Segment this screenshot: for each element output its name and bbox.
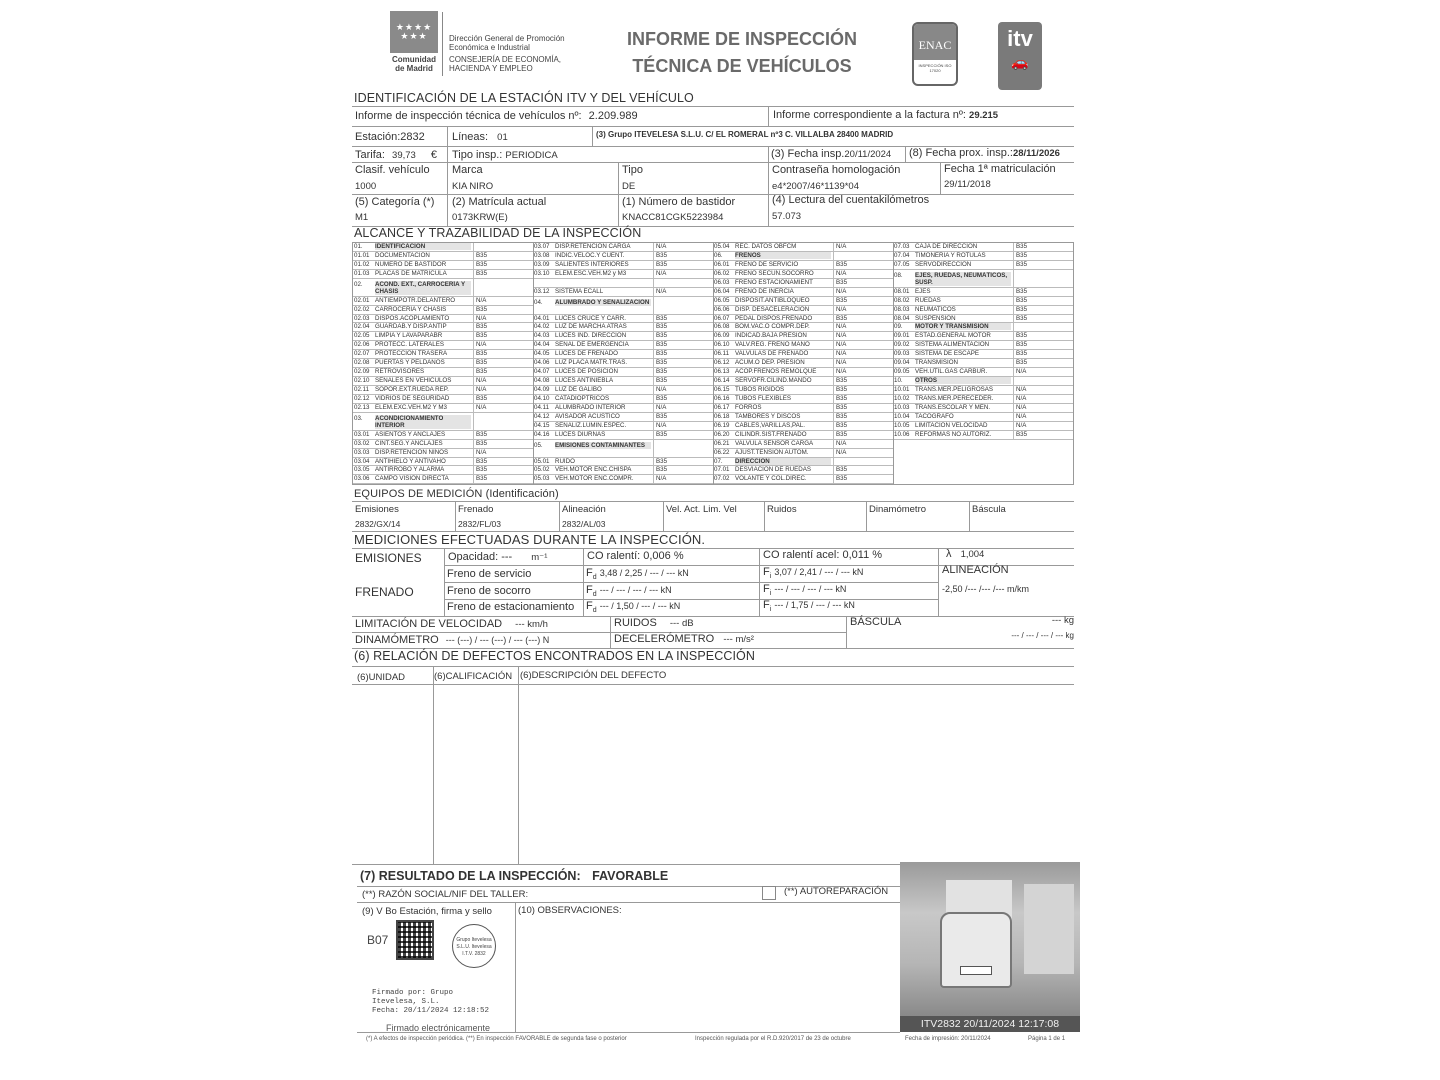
scope-item-value: N/A	[833, 350, 891, 358]
scope-item-label: SISTEMA DE ESCAPE	[915, 350, 1011, 358]
scope-item-code: 02.09	[354, 368, 374, 376]
scope-item-label: SISTEMA ALIMENTACION	[915, 341, 1011, 349]
fi-symbol: F	[763, 566, 770, 578]
scope-item-label: FORROS	[735, 404, 831, 412]
scope-item-code: 04.15	[534, 422, 554, 430]
scope-item-code: 05.03	[534, 475, 554, 483]
scope-item-value: B35	[833, 261, 891, 269]
tariff-label: Tarifa:	[355, 149, 385, 161]
scope-item-label: EMISIONES CONTAMINANTES	[555, 442, 651, 449]
car-icon: 🚗	[998, 54, 1042, 71]
scope-item-value	[1013, 323, 1071, 331]
scope-item: 08.01EJESB35	[893, 288, 1073, 297]
itv-logo: itv 🚗	[998, 22, 1042, 90]
scope-item-value	[653, 279, 711, 287]
equipment-label: Báscula	[972, 504, 1006, 515]
scope-item: 06.01FRENO DE SERVICIOB35	[713, 261, 893, 270]
scope-item-label: PROTECC. LATERALES	[375, 341, 471, 349]
scope-item-code: 07.01	[714, 466, 734, 474]
title-line1: INFORME DE INSPECCIÓN	[622, 26, 862, 53]
scope-item-code: 03.04	[354, 458, 374, 466]
logo-divider	[442, 12, 443, 76]
brake-name: Freno de socorro	[447, 585, 531, 597]
scope-item-label: SERVOFR.CILIND.MANDO	[735, 377, 831, 385]
scope-item-value: B35	[1013, 261, 1071, 269]
scope-item-code: 02.13	[354, 404, 374, 412]
equipment-value: 2832/FL/03	[458, 519, 501, 529]
brake-fi-value: --- / 1,75 / --- / --- kN	[774, 600, 855, 610]
brake-name: Freno de servicio	[447, 568, 531, 580]
scope-item-code: 01.03	[354, 270, 374, 278]
scope-item-value	[1013, 377, 1071, 385]
tariff-field: Tarifa: 39,73 €	[355, 149, 437, 161]
dyno-field: DINAMÓMETRO --- (---) / --- (---) / --- …	[355, 634, 549, 646]
scope-column: 01.IDENTIFICACIÓN01.01DOCUMENTACIÓNB3501…	[353, 243, 533, 484]
scope-item-value: B35	[653, 458, 711, 466]
scope-item-value: B35	[833, 404, 891, 412]
odometer-label: (4) Lectura del cuentakilómetros	[772, 194, 929, 206]
scope-group-header: 02.ACOND. EXT., CARROCERÍA Y CHASIS	[353, 279, 533, 297]
document-title: INFORME DE INSPECCIÓN TÉCNICA DE VEHÍCUL…	[622, 26, 862, 80]
scope-item: 06.07PEDAL DISPOS.FRENADOB35	[713, 315, 893, 324]
scope-item-value: N/A	[653, 422, 711, 430]
scope-item-code: 02.03	[354, 315, 374, 323]
dept-line1: Dirección General de Promoción	[449, 34, 565, 43]
scope-item-label: SISTEMA ECALL	[555, 288, 651, 296]
photo-timestamp: ITV2832 20/11/2024 12:17:08	[900, 1016, 1080, 1032]
scope-item-label: LIMITACION VELOCIDAD	[915, 422, 1011, 430]
scope-item-code: 04.06	[534, 359, 554, 367]
scope-item-value: N/A	[833, 332, 891, 340]
scope-item-label: LUZ DE GALIBO	[555, 386, 651, 394]
scope-item-value: B35	[1013, 332, 1071, 340]
scope-item: 02.04GUARDAB.Y DISP.ANTIPB35	[353, 323, 533, 332]
scope-item: 03.01ASIENTOS Y ANCLAJESB35	[353, 431, 533, 440]
scope-item-code: 06.	[714, 252, 734, 260]
scope-item-label: LUCES DE FRENADO	[555, 350, 651, 358]
scope-item: 03.12SISTEMA ECALLN/A	[533, 288, 713, 297]
scope-group-header: 04.ALUMBRADO Y SEÑALIZACIÓN	[533, 297, 713, 315]
scope-item-code: 04.03	[534, 332, 554, 340]
logo-name-line2: de Madrid	[390, 64, 438, 73]
scope-item-code: 03.06	[354, 475, 374, 483]
plate-label: (2) Matrícula actual	[452, 196, 546, 208]
scope-item-code: 06.06	[714, 306, 734, 314]
scope-item-value: B35	[473, 252, 531, 260]
scope-item-label: CINT.SEG.Y ANCLAJES	[375, 440, 471, 448]
scope-item-label: PROTECCION TRASERA	[375, 350, 471, 358]
scope-item-value: B35	[653, 413, 711, 421]
vin-label: (1) Número de bastidor	[622, 196, 735, 208]
scope-item-code: 06.20	[714, 431, 734, 439]
scope-item-code: 06.16	[714, 395, 734, 403]
scope-item-code: 10.03	[894, 404, 914, 412]
station-value: 2832	[400, 131, 424, 143]
brake-fd-value: --- / 1,50 / --- / --- kN	[600, 601, 681, 611]
scope-column: 07.03CAJA DE DIRECCIONB3507.04TIMONERIA …	[893, 243, 1073, 440]
scope-item-code: 06.02	[714, 270, 734, 278]
lambda-value: 1,004	[961, 549, 985, 560]
report-header: ★★★★ ★★★ Comunidad de Madrid Dirección G…	[352, 8, 1080, 90]
scope-item-code: 02.08	[354, 359, 374, 367]
scope-item-value: N/A	[833, 368, 891, 376]
scope-item-label: AVISADOR ACUSTICO	[555, 413, 651, 421]
scope-item: 04.08LUCES ANTINIEBLAB35	[533, 377, 713, 386]
brake-fi-field: Fi --- / --- / --- / --- kN	[763, 583, 846, 597]
scope-item: 03.08INDIC.VELOC.Y CUENT.B35	[533, 252, 713, 261]
scope-item-value: B35	[833, 315, 891, 323]
comunidad-madrid-logo: ★★★★ ★★★ Comunidad de Madrid	[390, 11, 438, 77]
insp-date-value: 20/11/2024	[844, 149, 891, 160]
scope-item-value: B35	[833, 279, 891, 287]
fi-symbol: F	[763, 583, 770, 595]
scope-item-value: N/A	[1013, 413, 1071, 421]
opacity-value: Opacidad: ---	[448, 551, 512, 563]
defects-col-rating: (6)CALIFICACIÓN	[434, 671, 512, 682]
scope-item-value: B35	[1013, 431, 1071, 439]
scope-item-label: REC. DATOS OBFCM	[735, 243, 831, 251]
type-label: Tipo	[622, 164, 643, 176]
scope-item-value: B35	[653, 332, 711, 340]
scope-item-value: N/A	[473, 315, 531, 323]
self-repair-checkbox[interactable]	[762, 886, 776, 900]
noise-value: --- dB	[670, 618, 694, 629]
scope-item-code: 06.15	[714, 386, 734, 394]
scope-item-value: N/A	[833, 288, 891, 296]
scope-item-code: 04.05	[534, 350, 554, 358]
scope-item: 06.15TUBOS RIGIDOSB35	[713, 386, 893, 395]
scope-item-value: B35	[473, 431, 531, 439]
lambda-field: λ 1,004	[946, 548, 984, 560]
scope-item-value: B35	[653, 431, 711, 439]
scope-item-code: 03.01	[354, 431, 374, 439]
scope-item-value: B35	[653, 252, 711, 260]
scope-item-label: SUSPENSION	[915, 315, 1011, 323]
scope-item-value: N/A	[833, 359, 891, 367]
scope-item-label: NUMERO DE BASTIDOR	[375, 261, 471, 269]
scope-item-value	[653, 297, 711, 314]
scope-table: 01.IDENTIFICACIÓN01.01DOCUMENTACIÓNB3501…	[352, 242, 1074, 485]
qr-code-icon	[396, 920, 434, 960]
scope-item: 07.01DESVIACION DE RUEDASB35	[713, 466, 893, 475]
scope-item-label: IDENTIFICACIÓN	[375, 243, 471, 250]
scope-item-label: VALV.REG. FRENO MANO	[735, 341, 831, 349]
scope-item: 04.05LUCES DE FRENADOB35	[533, 350, 713, 359]
scope-item-code: 02.04	[354, 323, 374, 331]
scope-item-label: ACOND. EXT., CARROCERÍA Y CHASIS	[375, 281, 471, 295]
scope-item-label: TRANS.MER.PERECEDER.	[915, 395, 1011, 403]
scope-item-label: INDIC.VELOC.Y CUENT.	[555, 252, 651, 260]
result-field: (7) RESULTADO DE LA INSPECCIÓN: FAVORABL…	[360, 869, 668, 883]
scope-column: 03.07DISP.RETENCION CARGAN/A03.08INDIC.V…	[533, 243, 713, 484]
equipment-label: Ruidos	[767, 504, 797, 515]
fi-subscript: i	[770, 590, 772, 597]
noise-label: RUIDOS	[614, 617, 657, 629]
scope-item-value: B35	[473, 475, 531, 483]
opacity-field: Opacidad: --- m⁻¹	[448, 551, 547, 563]
currency-symbol: €	[431, 149, 437, 161]
scope-item-code: 03.09	[534, 261, 554, 269]
brake-fi-value: 3,07 / 2,41 / --- / --- kN	[774, 567, 863, 577]
brand-label: Marca	[452, 164, 483, 176]
itv-name: itv	[998, 22, 1042, 52]
scope-item-label: ASIENTOS Y ANCLAJES	[375, 431, 471, 439]
scope-item-code: 06.22	[714, 449, 734, 457]
scope-item-value: B35	[833, 377, 891, 385]
scope-item: 01.02NUMERO DE BASTIDORB35	[353, 261, 533, 270]
scope-item-value: B35	[473, 323, 531, 331]
station-sign-label: (9) V Bo Estación, firma y sello	[362, 906, 492, 917]
footer-page-number: Página 1 de 1	[1028, 1036, 1065, 1042]
scope-item-label: PUERTAS Y PELDAÑOS	[375, 359, 471, 367]
scope-item-label: TIMONERIA Y ROTULAS	[915, 252, 1011, 260]
emissions-label: EMISIONES	[355, 551, 422, 565]
scope-item: 09.04TRANSMISIONB35	[893, 359, 1073, 368]
scope-item-code: 06.12	[714, 359, 734, 367]
lines-value: 01	[497, 132, 508, 143]
scope-item: 10.01TRANS.MER.PELIGROSASN/A	[893, 386, 1073, 395]
scope-item: 07.04TIMONERIA Y ROTULASB35	[893, 252, 1073, 261]
scope-item-code: 06.21	[714, 440, 734, 448]
scope-item-label: FRENOS	[735, 252, 831, 259]
scope-item-label: DESVIACION DE RUEDAS	[735, 466, 831, 474]
scope-item-value: B35	[473, 350, 531, 358]
scope-item-value: B35	[833, 475, 891, 483]
scope-item-label: DISP. DESACELERACION	[735, 306, 831, 314]
scope-item-value: B35	[1013, 315, 1071, 323]
scope-item-label: AJUST.TENSION AUTOM.	[735, 449, 831, 457]
scope-item-label: ACUM.O DEP. PRESION	[735, 359, 831, 367]
scope-item-code: 02.	[354, 281, 374, 289]
scope-item: 10.02TRANS.MER.PERECEDER.N/A	[893, 395, 1073, 404]
scope-item: 06.13ACOP.FRENOS REMOLQUEN/A	[713, 368, 893, 377]
scope-item: 05.02VEH.MOTOR ENC.CHISPAB35	[533, 466, 713, 475]
scope-item: 06.03FRENO ESTACIONAMIENTB35	[713, 279, 893, 288]
scope-item-code: 06.03	[714, 279, 734, 287]
scope-item: 06.21VALVULA SENSOR CARGAN/A	[713, 440, 893, 449]
scope-item-code: 04.07	[534, 368, 554, 376]
scope-item: 02.05LIMPIA Y LAVAPARABRB35	[353, 332, 533, 341]
scope-item-label: DISP.RETENCION NIÑOS	[375, 449, 471, 457]
fd-symbol: F	[586, 584, 593, 596]
scope-column: 05.04REC. DATOS OBFCMN/A06.FRENOS06.01FR…	[713, 243, 893, 484]
scope-item-code: 10.	[894, 377, 914, 385]
observations-label: (10) OBSERVACIONES:	[518, 905, 622, 916]
fd-symbol: F	[586, 567, 593, 579]
brake-fi-field: Fi --- / 1,75 / --- / --- kN	[763, 599, 855, 613]
scope-item-value: B35	[653, 323, 711, 331]
scope-item-value: B35	[473, 270, 531, 278]
scope-item-label: DISPOSIT.ANTIBLOQUEO	[735, 297, 831, 305]
scope-item: 05.04REC. DATOS OBFCMN/A	[713, 243, 893, 252]
scope-item-code: 06.01	[714, 261, 734, 269]
scope-group-header: 08.EJES, RUEDAS, NEUMÁTICOS, SUSP.	[893, 270, 1073, 288]
scope-item: 02.03DISPOS.ACOPLAMIENTON/A	[353, 315, 533, 324]
scope-item-code: 04.04	[534, 341, 554, 349]
scope-item: 08.03NEUMATICOSB35	[893, 306, 1073, 315]
scope-group-header: 03.ACONDICIONAMIENTO INTERIOR	[353, 413, 533, 431]
department-name: Dirección General de Promoción Económica…	[449, 34, 565, 73]
scope-item-label: LIMPIA Y LAVAPARABR	[375, 332, 471, 340]
scope-item-label: ELEM.ESC.VEH.M2 y M3	[555, 270, 651, 278]
scope-item-code: 04.02	[534, 323, 554, 331]
scope-item-code: 06.09	[714, 332, 734, 340]
scope-item-code: 06.08	[714, 323, 734, 331]
scope-item: 04.15SEÑALIZ.LUMIN.ESPEC.N/A	[533, 422, 713, 431]
scope-item: 08.04SUSPENSIONB35	[893, 315, 1073, 324]
scope-item-value: B35	[1013, 341, 1071, 349]
scope-item-value: N/A	[473, 377, 531, 385]
line-code: B07	[367, 933, 388, 947]
scope-item-code: 03.08	[534, 252, 554, 260]
scope-item-value	[473, 413, 531, 430]
scope-item: 04.01LUCES CRUCE Y CARR.B35	[533, 315, 713, 324]
scope-item-label: DIRECCIÓN	[735, 458, 831, 465]
scope-item-code: 04.16	[534, 431, 554, 439]
brake-fd-field: Fd 3,48 / 2,25 / --- / --- kN	[586, 567, 689, 581]
scope-item-value: B35	[653, 350, 711, 358]
scope-item-label: FRENO DE INERCIA	[735, 288, 831, 296]
scope-item-value: B35	[653, 261, 711, 269]
footer-regulation: Inspección regulada por el R.D.920/2017 …	[695, 1036, 851, 1042]
brake-fd-value: 3,48 / 2,25 / --- / --- kN	[600, 568, 689, 578]
scope-item-code: 09.02	[894, 341, 914, 349]
scope-item-code: 05.	[534, 442, 554, 450]
alignment-label: ALINEACIÓN	[942, 564, 1009, 576]
scope-item-value	[473, 279, 531, 296]
scope-item-value: B35	[653, 377, 711, 385]
scope-item-value: N/A	[1013, 404, 1071, 412]
stars-icon: ★★★★ ★★★	[390, 11, 438, 53]
scope-item: 10.05LIMITACION VELOCIDADN/A	[893, 422, 1073, 431]
scope-item: 07.02VOLANTE Y COL.DIREC.B35	[713, 475, 893, 484]
scope-item-label: TUBOS RIGIDOS	[735, 386, 831, 394]
scope-item: 05.03VEH.MOTOR ENC.COMPR.N/A	[533, 475, 713, 484]
car-icon	[940, 912, 1012, 988]
next-insp-value: 28/11/2026	[1013, 148, 1060, 159]
lambda-symbol: λ	[946, 548, 952, 560]
scope-item: 04.02LUZ DE MARCHA ATRASB35	[533, 323, 713, 332]
scope-item-value	[473, 243, 531, 251]
scope-item-code: 07.05	[894, 261, 914, 269]
invoice-value: 29.215	[969, 110, 998, 121]
scope-item-value: N/A	[833, 323, 891, 331]
scope-item-code: 05.04	[714, 243, 734, 251]
scope-item-label: ACONDICIONAMIENTO INTERIOR	[375, 415, 471, 429]
report-number-label: Informe de inspección técnica de vehícul…	[355, 110, 582, 122]
scope-item: 03.06CAMPO VISION DIRECTAB35	[353, 475, 533, 484]
scope-item-label: FRENO SECUN.SOCORRO	[735, 270, 831, 278]
scope-item: 02.13ELEM.EXC.VEH.M2 Y M3N/A	[353, 404, 533, 413]
scope-item-code: 08.02	[894, 297, 914, 305]
scope-item-code: 10.05	[894, 422, 914, 430]
scope-item-value: B35	[1013, 297, 1071, 305]
result-label: (7) RESULTADO DE LA INSPECCIÓN:	[360, 869, 581, 883]
alignment-value: -2,50 /--- /--- /--- m/km	[942, 584, 1029, 594]
brake-fd-field: Fd --- / 1,50 / --- / --- kN	[586, 600, 680, 614]
scope-item: 06.22AJUST.TENSION AUTOM.N/A	[713, 449, 893, 458]
scope-item-label: BOM.VAC.O COMPR.DEP.	[735, 323, 831, 331]
plate-value: 0173KRW(E)	[452, 212, 508, 223]
first-registration-value: 29/11/2018	[944, 179, 991, 190]
scope-item-value: B35	[833, 413, 891, 421]
self-repair-label: (**) AUTOREPARACIÓN	[784, 886, 888, 897]
identification-section-title: IDENTIFICACIÓN DE LA ESTACIÓN ITV Y DEL …	[354, 91, 694, 105]
scope-item-label: TRANSMISION	[915, 359, 1011, 367]
scope-item-code: 02.02	[354, 306, 374, 314]
scope-item-value: N/A	[473, 449, 531, 457]
fd-subscript: d	[593, 591, 597, 598]
scope-item-code: 03.07	[534, 243, 554, 251]
scope-item-label: PLACAS DE MATRICULA	[375, 270, 471, 278]
scope-item-label: LUCES DIURNAS	[555, 431, 651, 439]
scope-item-label: TRANS.MER.PELIGROSAS	[915, 386, 1011, 394]
equipment-section-title: EQUIPOS DE MEDICIÓN (Identificación)	[354, 488, 559, 500]
scope-group-header: 09.MOTOR Y TRANSMISIÓN	[893, 323, 1073, 332]
scope-item-code: 03.	[354, 415, 374, 423]
scope-item-code: 09.01	[894, 332, 914, 340]
scope-item-code: 06.05	[714, 297, 734, 305]
scope-item: 09.05VEH.UTIL.GAS CARBUR.N/A	[893, 368, 1073, 377]
scope-item-label: VIDRIOS DE SEGURIDAD	[375, 395, 471, 403]
footer-print-date: Fecha de impresión: 20/11/2024	[905, 1036, 991, 1042]
invoice-label: Informe correspondiente a la factura nº:	[773, 109, 966, 121]
scope-item-value: B35	[1013, 243, 1071, 251]
scope-item-label: SEÑALES EN VEHICULOS	[375, 377, 471, 385]
homologation-value: e4*2007/46*1139*04	[772, 181, 859, 192]
scope-item: 10.06REFORMAS NO AUTORIZ.B35	[893, 431, 1073, 440]
scope-item-value: N/A	[473, 297, 531, 305]
report-number-value: 2.209.989	[589, 110, 638, 122]
scope-item-value: N/A	[1013, 386, 1071, 394]
dept-line3: CONSEJERÍA DE ECONOMÍA,	[449, 55, 565, 64]
scope-item-code: 06.11	[714, 350, 734, 358]
scope-item-value: N/A	[653, 404, 711, 412]
scope-item-label: PEDAL DISPOS.FRENADO	[735, 315, 831, 323]
insp-date-field: (3) Fecha insp.20/11/2024	[771, 148, 891, 160]
scope-item: 06.12ACUM.O DEP. PRESIONN/A	[713, 359, 893, 368]
scope-item-code: 06.04	[714, 288, 734, 296]
scope-item-value: N/A	[1013, 368, 1071, 376]
scope-item-code: 01.01	[354, 252, 374, 260]
result-value: FAVORABLE	[592, 869, 668, 883]
scope-item-value: N/A	[473, 404, 531, 412]
scope-item-code: 02.10	[354, 377, 374, 385]
scope-item-code: 09.	[894, 323, 914, 331]
scope-item: 06.17FORROSB35	[713, 404, 893, 413]
scope-item-label: DISPOS.ACOPLAMIENTO	[375, 315, 471, 323]
lines-label: Líneas:	[452, 131, 488, 143]
scope-item-code: 03.10	[534, 270, 554, 278]
scope-item-label: VEH.MOTOR ENC.COMPR.	[555, 475, 651, 483]
scope-item-label: GUARDAB.Y DISP.ANTIP	[375, 323, 471, 331]
scope-item-label: SALIENTES INTERIORES	[555, 261, 651, 269]
scope-item: 04.07LUCES DE POSICIONB35	[533, 368, 713, 377]
scope-item-label: INDICAD.BAJA PRESION	[735, 332, 831, 340]
scope-item: 06.05DISPOSIT.ANTIBLOQUEOB35	[713, 297, 893, 306]
scope-item-value: B35	[653, 341, 711, 349]
measurements-section-title: MEDICIONES EFECTUADAS DURANTE LA INSPECC…	[354, 532, 705, 547]
scope-item: 02.11SOPOR.EXT.RUEDA REP.N/A	[353, 386, 533, 395]
insp-type-field: Tipo insp.: PERIODICA	[452, 149, 558, 161]
scope-item: 04.06LUZ PLACA MATR.TRAS.B35	[533, 359, 713, 368]
scope-item-label: LUCES CRUCE Y CARR.	[555, 315, 651, 323]
enac-logo: ENAC INSPECCIÓN ISO 17020	[912, 22, 958, 86]
scope-item-code: 02.12	[354, 395, 374, 403]
footer-note: (*) A efectos de inspección periódica. (…	[366, 1036, 627, 1042]
scope-item-value	[653, 440, 711, 457]
digital-signature: Firmado por: Grupo Itevelesa, S.L. Fecha…	[372, 989, 489, 1016]
